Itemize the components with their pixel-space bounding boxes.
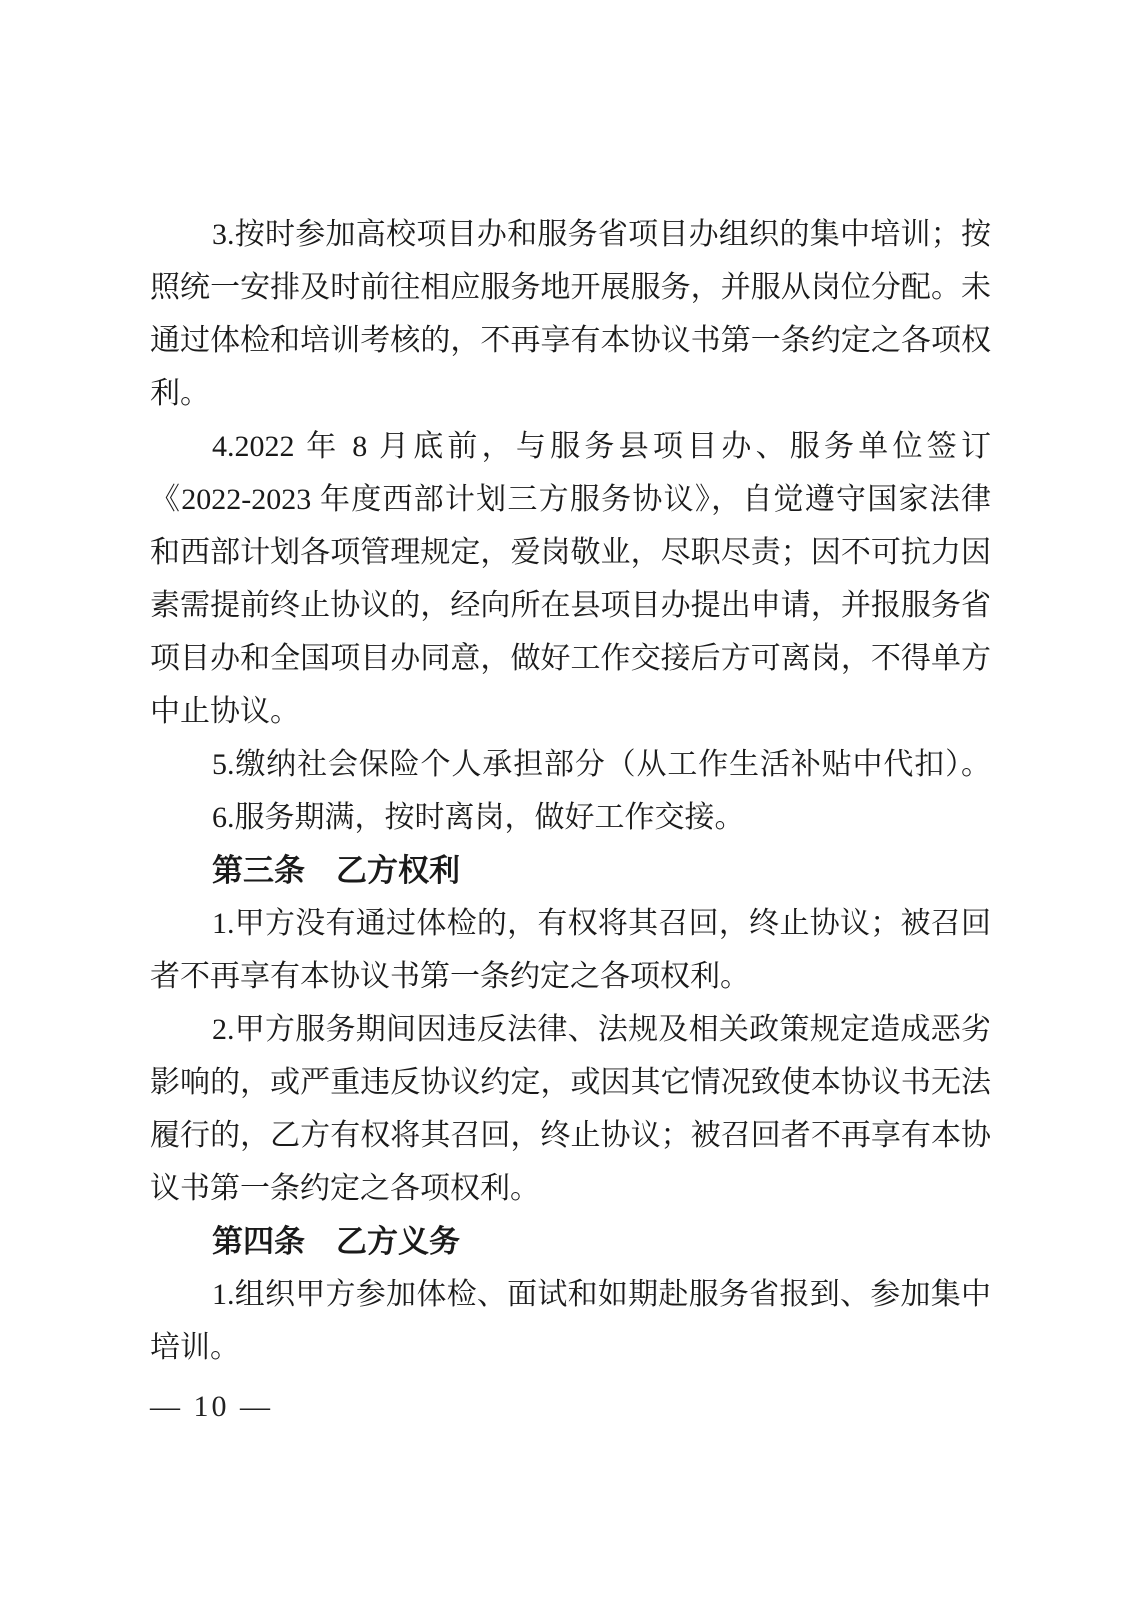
section-heading-article-3: 第三条 乙方权利 <box>150 844 991 897</box>
section-heading-article-4: 第四条 乙方义务 <box>150 1215 991 1268</box>
text-line: 通过体检和培训考核的，不再享有本协议书第一条约定之各项权 <box>150 314 991 367</box>
text-line: 1.组织甲方参加体检、面试和如期赴服务省报到、参加集中 <box>150 1268 991 1321</box>
text-line: 培训。 <box>150 1321 991 1374</box>
text-line: 中止协议。 <box>150 685 991 738</box>
text-line: 《2022-2023 年度西部计划三方服务协议》，自觉遵守国家法律 <box>150 473 991 526</box>
document-page: 3.按时参加高校项目办和服务省项目办组织的集中培训；按 照统一安排及时前往相应服… <box>0 0 1131 1600</box>
text-line: 6.服务期满，按时离岗，做好工作交接。 <box>150 791 991 844</box>
text-line: 2.甲方服务期间因违反法律、法规及相关政策规定造成恶劣 <box>150 1003 991 1056</box>
text-line: 3.按时参加高校项目办和服务省项目办组织的集中培训；按 <box>150 208 991 261</box>
text-line: 利。 <box>150 367 991 420</box>
text-line: 议书第一条约定之各项权利。 <box>150 1162 991 1215</box>
text-line: 4.2022 年 8 月底前，与服务县项目办、服务单位签订 <box>150 420 991 473</box>
text-line: 5.缴纳社会保险个人承担部分（从工作生活补贴中代扣）。 <box>150 738 991 791</box>
text-line: 1.甲方没有通过体检的，有权将其召回，终止协议；被召回 <box>150 897 991 950</box>
text-line: 素需提前终止协议的，经向所在县项目办提出申请，并报服务省 <box>150 579 991 632</box>
text-line: 影响的，或严重违反协议约定，或因其它情况致使本协议书无法 <box>150 1056 991 1109</box>
text-line: 履行的，乙方有权将其召回，终止协议；被召回者不再享有本协 <box>150 1109 991 1162</box>
text-line: 和西部计划各项管理规定，爱岗敬业，尽职尽责；因不可抗力因 <box>150 526 991 579</box>
text-line: 者不再享有本协议书第一条约定之各项权利。 <box>150 950 991 1003</box>
text-line: 项目办和全国项目办同意，做好工作交接后方可离岗，不得单方 <box>150 632 991 685</box>
document-body: 3.按时参加高校项目办和服务省项目办组织的集中培训；按 照统一安排及时前往相应服… <box>150 208 991 1374</box>
text-line: 照统一安排及时前往相应服务地开展服务，并服从岗位分配。未 <box>150 261 991 314</box>
page-number: — 10 — <box>150 1389 273 1425</box>
